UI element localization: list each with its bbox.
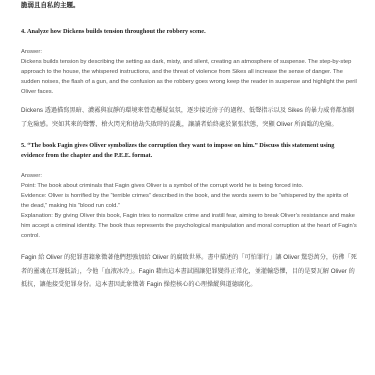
question-5-heading: 5. “The book Fagin gives Oliver symboliz… — [21, 141, 357, 161]
pee-point: Point: The book about criminals that Fag… — [21, 181, 357, 191]
pee-answer-block: Point: The book about criminals that Fag… — [21, 181, 357, 241]
pee-evidence: Evidence: Oliver is horrified by the “te… — [21, 191, 357, 211]
answer-label-q5: Answer: — [21, 171, 357, 181]
answer-paragraph-zh-q5: Fagin 給 Oliver 的犯罪書籍象徵著他們想強加給 Oliver 的腐敗… — [21, 251, 357, 292]
document-page: 脆弱且自私的主題。 4. Analyze how Dickens builds … — [0, 0, 375, 375]
answer-paragraph-zh-q4: Dickens 透過描寫黑暗、濃霧與寂靜的環境來營造懸疑氣氛，逐步接近房子的過程… — [21, 104, 357, 131]
pee-explanation: Explanation: By giving Oliver this book,… — [21, 211, 357, 241]
answer-paragraph-en-q4: Dickens builds tension by describing the… — [21, 57, 357, 97]
paragraph-fragment-zh: 脆弱且自私的主題。 — [21, 1, 357, 10]
document-content: 脆弱且自私的主題。 4. Analyze how Dickens builds … — [21, 1, 357, 292]
question-4-heading: 4. Analyze how Dickens builds tension th… — [21, 27, 357, 37]
answer-label-q4: Answer: — [21, 47, 357, 57]
